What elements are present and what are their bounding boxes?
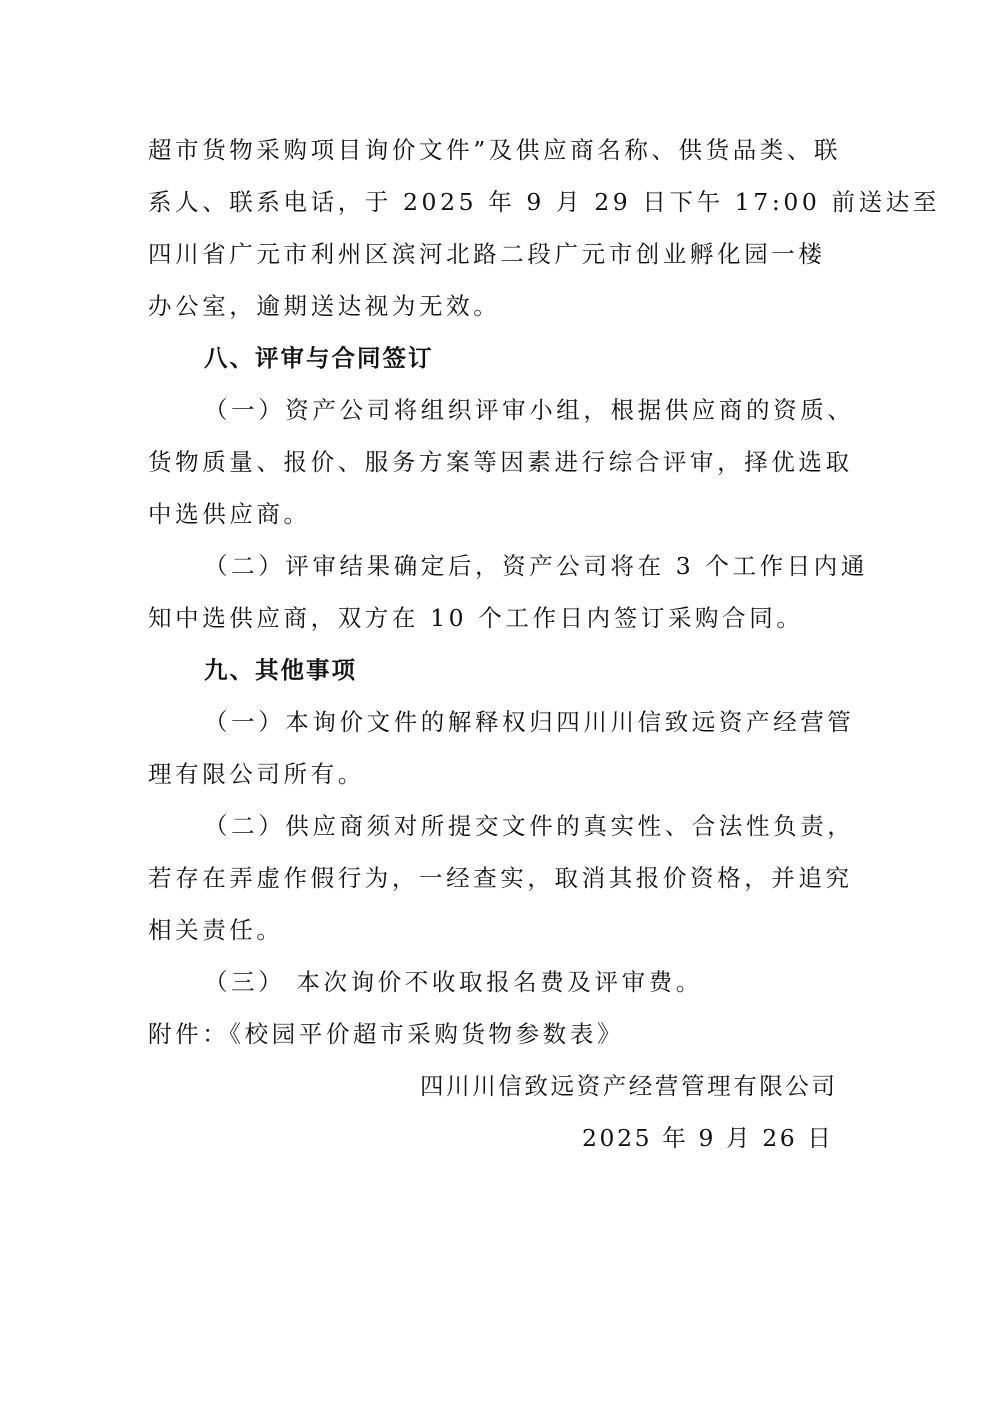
paragraph-line: 相关责任。: [148, 915, 284, 945]
paragraph-line: （一）本询价文件的解释权归四川川信致远资产经营管: [204, 707, 854, 737]
section-heading-8: 八、评审与合同签订: [204, 343, 434, 373]
paragraph-line: 办公室，逾期送达视为无效。: [148, 291, 500, 321]
paragraph-line: （一）资产公司将组织评审小组，根据供应商的资质、: [204, 395, 854, 425]
paragraph-line: 理有限公司所有。: [148, 759, 365, 789]
paragraph-line: （二）评审结果确定后，资产公司将在 3 个工作日内通: [204, 551, 868, 581]
attachment-reference: 附件：《校园平价超市采购货物参数表》: [148, 1019, 624, 1049]
paragraph-line: 知中选供应商，双方在 10 个工作日内签订采购合同。: [148, 603, 803, 633]
section-heading-9: 九、其他事项: [204, 655, 357, 685]
paragraph-line: （二）供应商须对所提交文件的真实性、合法性负责，: [204, 811, 854, 841]
paragraph-line: 四川省广元市利州区滨河北路二段广元市创业孵化园一楼: [148, 239, 826, 269]
signature-date: 2025 年 9 月 26 日: [582, 1123, 834, 1153]
paragraph-line: 若存在弄虚作假行为，一经查实，取消其报价资格，并追究: [148, 863, 853, 893]
document-page: 超市货物采购项目询价文件”及供应商名称、供货品类、联 系人、联系电话，于 202…: [0, 0, 992, 1403]
paragraph-line: 中选供应商。: [148, 499, 311, 529]
paragraph-line: 系人、联系电话，于 2025 年 9 月 29 日下午 17:00 前送达至: [148, 187, 940, 217]
signature-company: 四川川信致远资产经营管理有限公司: [420, 1071, 838, 1101]
paragraph-line: 货物质量、报价、服务方案等因素进行综合评审，择优选取: [148, 447, 853, 477]
paragraph-line: 超市货物采购项目询价文件”及供应商名称、供货品类、联: [148, 135, 841, 165]
paragraph-line: （三） 本次询价不收取报名费及评审费。: [204, 967, 703, 997]
